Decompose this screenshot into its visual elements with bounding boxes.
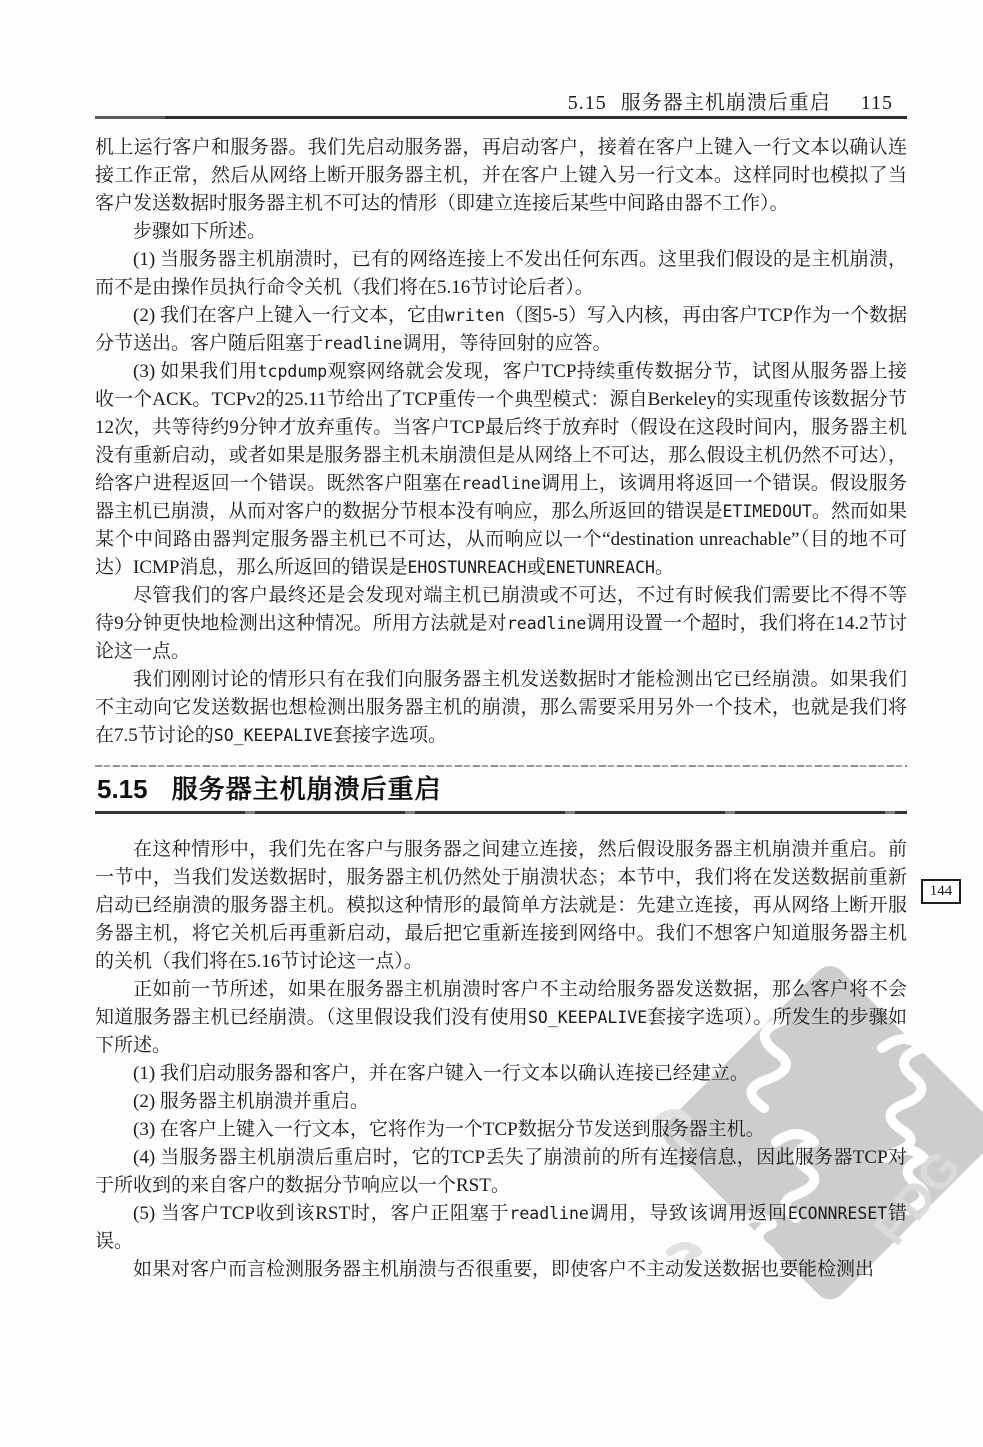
heading-top-speckle-rule [95, 765, 907, 767]
paragraph: (3) 在客户上键入一行文本，它将作为一个TCP数据分节发送到服务器主机。 [95, 1116, 907, 1144]
text-run: 步骤如下所述。 [133, 221, 266, 242]
original-page-marker: 144 [921, 879, 961, 904]
code-term: SO_KEEPALIVE [528, 1008, 647, 1027]
body-text: 机上运行客户和服务器。我们先启动服务器，再启动客户，接着在客户上键入一行文本以确… [95, 134, 907, 1284]
header-section-number: 5.15 [568, 92, 607, 114]
paragraph: 正如前一节所述，如果在服务器主机崩溃时客户不主动给服务器发送数据，那么客户将不会… [95, 976, 907, 1060]
running-header: 5.15服务器主机崩溃后重启115 [95, 86, 907, 115]
section-heading-title: 服务器主机崩溃后重启 [172, 774, 442, 804]
text-run: 调用，等待回射的应答。 [403, 333, 612, 354]
code-term: readline [323, 334, 402, 353]
header-rule [95, 116, 907, 119]
paragraph: (2) 服务器主机崩溃并重启。 [95, 1088, 907, 1116]
text-run: (2) 我们在客户上键入一行文本，它由 [133, 305, 445, 326]
code-term: ETIMEDOUT [723, 502, 812, 521]
text-run: (2) 服务器主机崩溃并重启。 [133, 1091, 369, 1112]
paragraph: (2) 我们在客户上键入一行文本，它由writen（图5-5）写入内核，再由客户… [95, 302, 907, 358]
paragraph: (1) 我们启动服务器和客户，并在客户键入一行文本以确认连接已经建立。 [95, 1060, 907, 1088]
code-term: readline [509, 1204, 588, 1223]
header-section-title: 服务器主机崩溃后重启 [621, 92, 831, 114]
text-run: (3) 在客户上键入一行文本，它将作为一个TCP数据分节发送到服务器主机。 [133, 1119, 765, 1140]
code-term: EHOSTUNREACH [407, 558, 526, 577]
paragraph: (3) 如果我们用tcpdump观察网络就会发现，客户TCP持续重传数据分节，试… [95, 358, 907, 582]
paragraph: (5) 当客户TCP收到该RST时，客户正阻塞于readline调用，导致该调用… [95, 1200, 907, 1256]
text-run: (5) 当客户TCP收到该RST时，客户正阻塞于 [133, 1203, 509, 1224]
section-5-15-body: 在这种情形中，我们先在客户与服务器之间建立连接，然后假设服务器主机崩溃并重启。前… [95, 836, 907, 1284]
text-run: 在这种情形中，我们先在客户与服务器之间建立连接，然后假设服务器主机崩溃并重启。前… [95, 839, 907, 972]
section-heading: 5.15服务器主机崩溃后重启 [95, 774, 907, 811]
header-page-number: 115 [861, 92, 893, 114]
text-run: 机上运行客户和服务器。我们先启动服务器，再启动客户，接着在客户上键入一行文本以确… [95, 137, 907, 214]
heading-bottom-rule [95, 811, 907, 814]
paragraph: 步骤如下所述。 [95, 218, 907, 246]
text-run: (1) 我们启动服务器和客户，并在客户键入一行文本以确认连接已经建立。 [133, 1063, 749, 1084]
paragraph: (4) 当服务器主机崩溃后重启时，它的TCP丢失了崩溃前的所有连接信息，因此服务… [95, 1144, 907, 1200]
paragraph: 在这种情形中，我们先在客户与服务器之间建立连接，然后假设服务器主机崩溃并重启。前… [95, 836, 907, 976]
paragraph: (1) 当服务器主机崩溃时，已有的网络连接上不发出任何东西。这里我们假设的是主机… [95, 246, 907, 302]
code-term: tcpdump [258, 362, 328, 381]
text-run: 如果对客户而言检测服务器主机崩溃与否很重要，即使客户不主动发送数据也要能检测出 [133, 1259, 874, 1280]
book-page: PDG 5.15服务器主机崩溃后重启115 机上运行客户和服务器。我们先启动服务… [0, 0, 983, 1447]
code-term: ECONNRESET [788, 1204, 887, 1223]
section-heading-number: 5.15 [97, 774, 148, 804]
text-run: 套接字选项。 [333, 725, 447, 746]
code-term: SO_KEEPALIVE [214, 726, 333, 745]
paragraph: 我们刚刚讨论的情形只有在我们向服务器主机发送数据时才能检测出它已经崩溃。如果我们… [95, 666, 907, 750]
text-run: (1) 当服务器主机崩溃时，已有的网络连接上不发出任何东西。这里我们假设的是主机… [95, 249, 907, 298]
paragraph: 如果对客户而言检测服务器主机崩溃与否很重要，即使客户不主动发送数据也要能检测出 [95, 1256, 907, 1284]
section-5-14-continued: 机上运行客户和服务器。我们先启动服务器，再启动客户，接着在客户上键入一行文本以确… [95, 134, 907, 750]
code-term: writen [445, 306, 505, 325]
section-heading-block: 5.15服务器主机崩溃后重启 [95, 765, 907, 814]
text-run: (4) 当服务器主机崩溃后重启时，它的TCP丢失了崩溃前的所有连接信息，因此服务… [95, 1147, 907, 1196]
text-run: 。 [655, 557, 674, 578]
code-term: readline [461, 474, 540, 493]
paragraph: 机上运行客户和服务器。我们先启动服务器，再启动客户，接着在客户上键入一行文本以确… [95, 134, 907, 218]
code-term: ENETUNREACH [546, 558, 655, 577]
text-run: 调用，导致该调用返回 [589, 1203, 788, 1224]
code-term: readline [507, 614, 586, 633]
text-run: 或 [527, 557, 546, 578]
paragraph: 尽管我们的客户最终还是会发现对端主机已崩溃或不可达，不过有时候我们需要比不得不等… [95, 582, 907, 666]
text-run: (3) 如果我们用 [133, 361, 258, 382]
